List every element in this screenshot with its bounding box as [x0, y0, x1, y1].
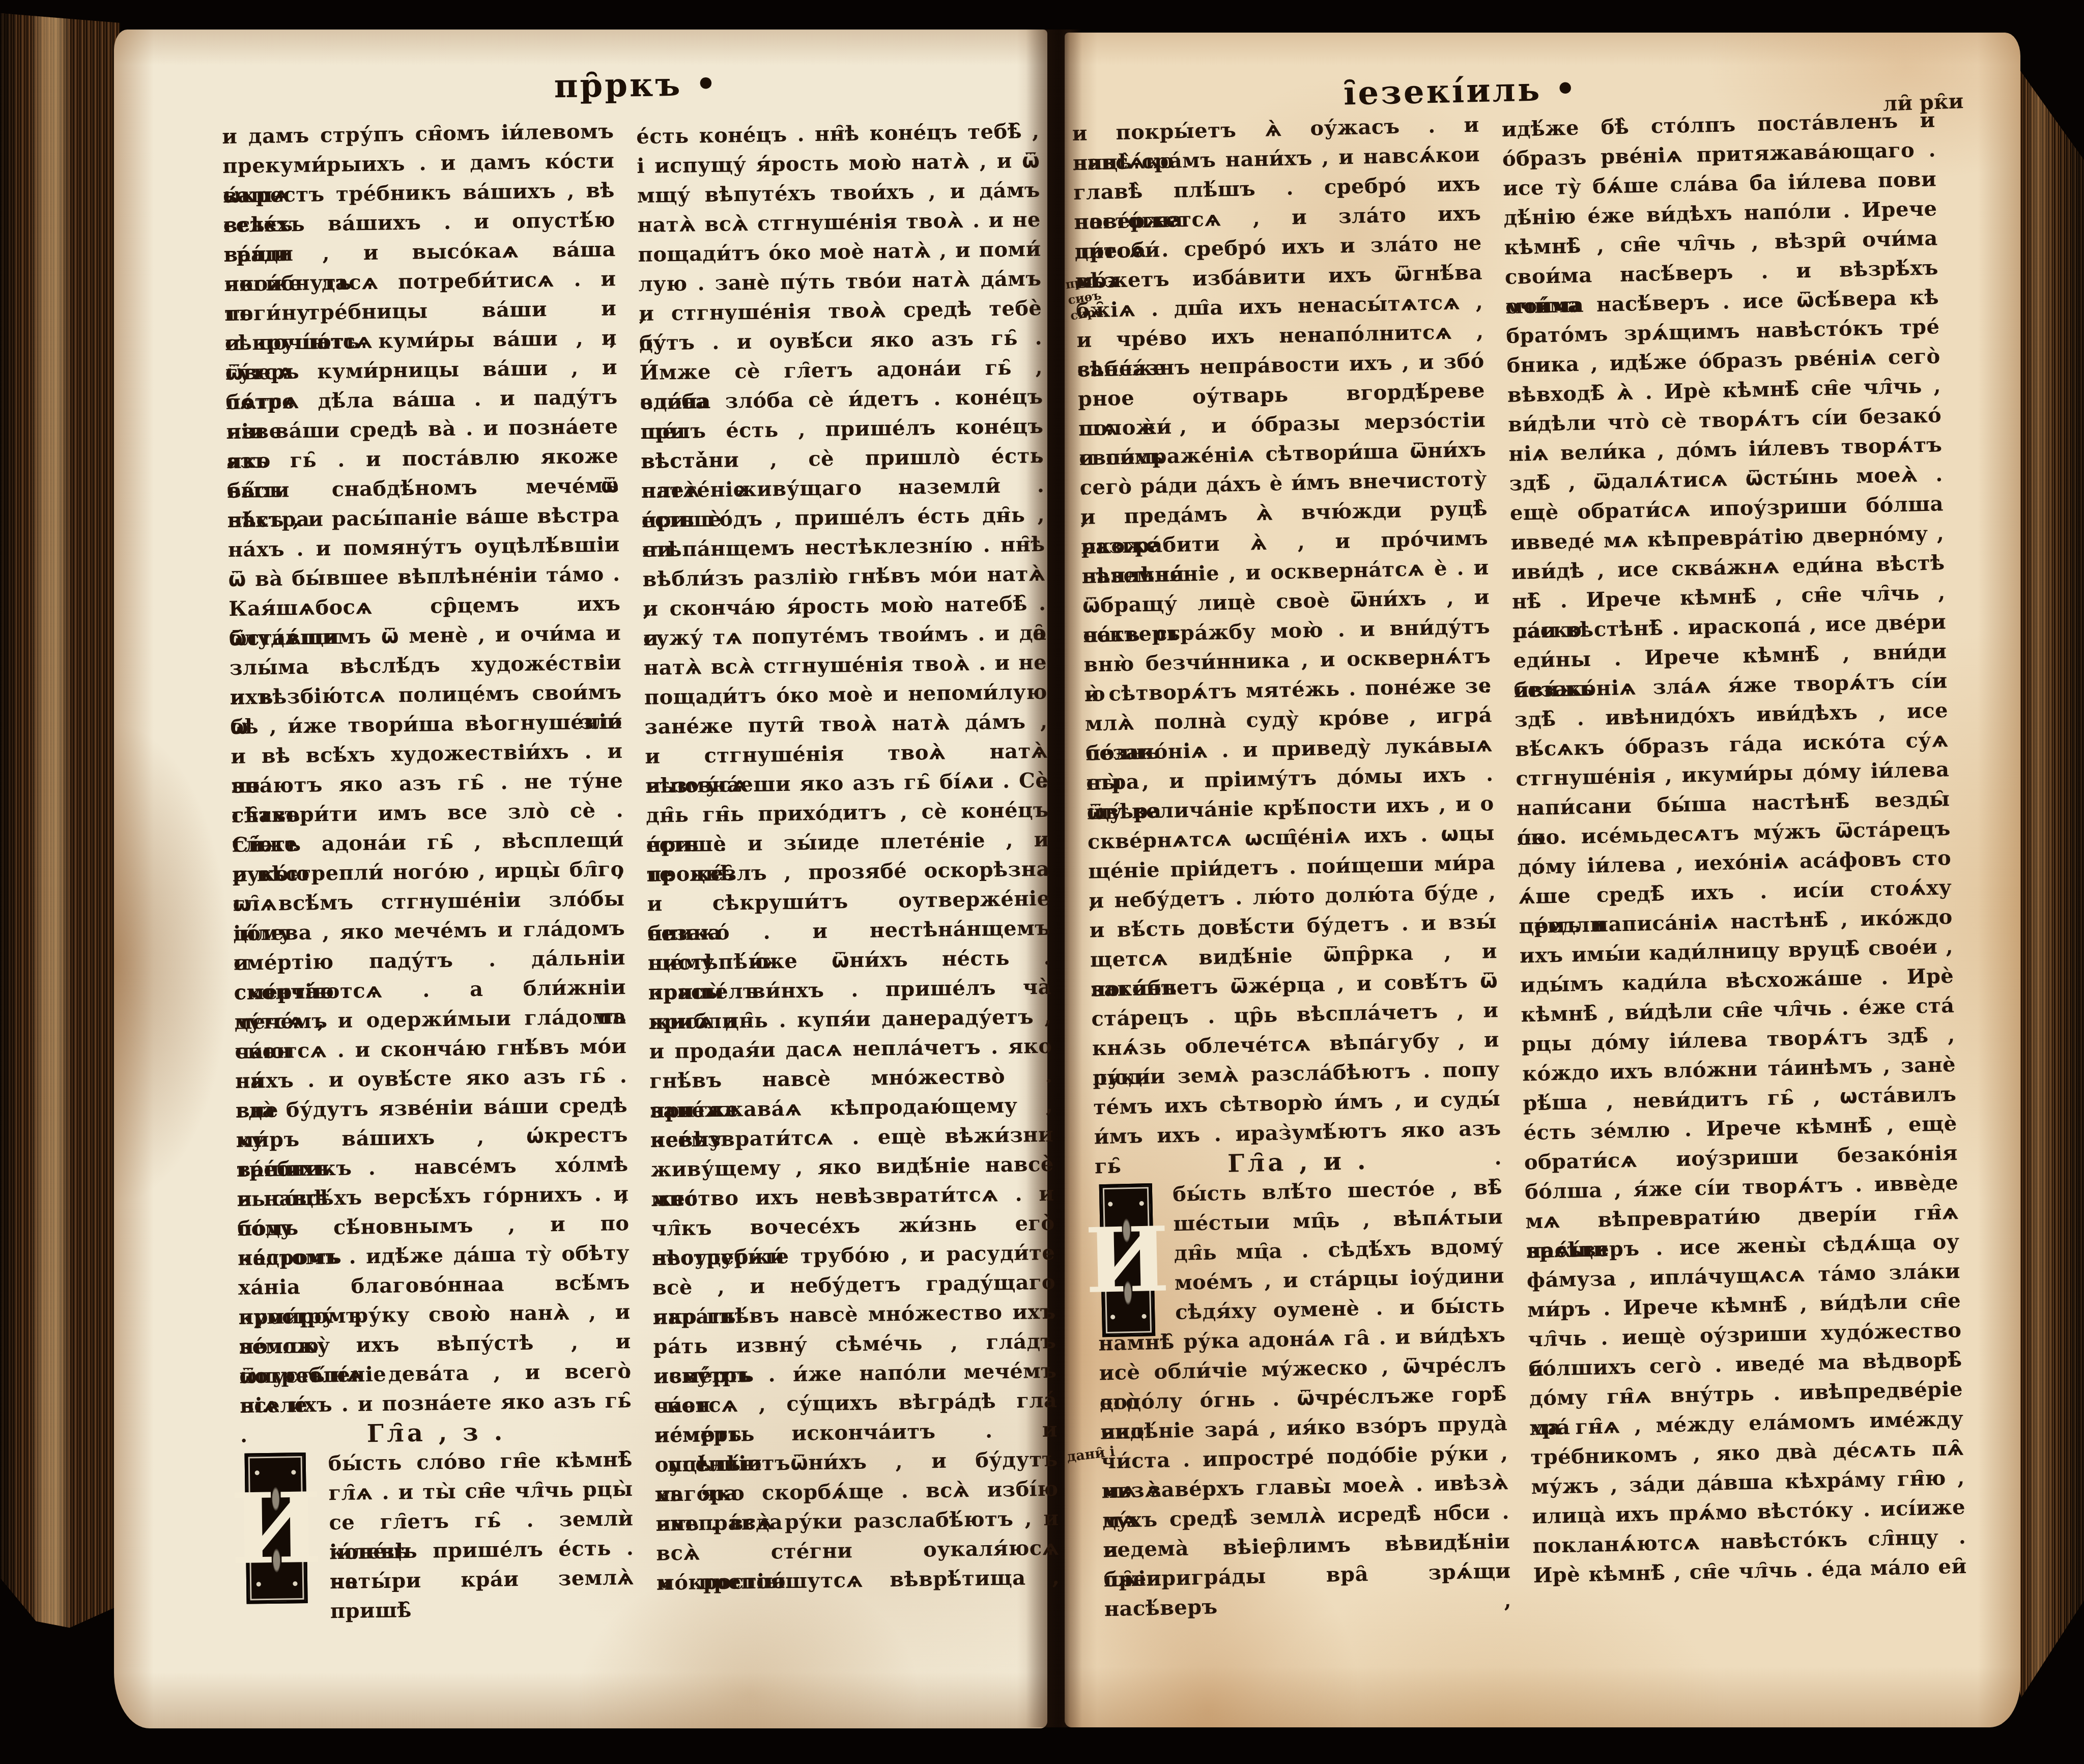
text-line: ва́шихъ . навсе́мъ хо́лмѣ высо́цѣ , [236, 1150, 629, 1185]
running-head-right: і̑езекі́иль • [1343, 70, 1567, 112]
text-line: ча́ютсѧ . и сконча́ю гнѣ́въ мо́и на [235, 1032, 627, 1067]
text-line: бо́мъ сѣ́новнымъ , и по ке́дромъ [237, 1209, 630, 1244]
chapter-opening-block: Ибы́сть влѣ́то шесто́е , вѣ̑ше́стыи мц̑ь… [1095, 1173, 1505, 1329]
book-photo: пр̑ркъ • і̑езекі́иль • ли̑ рк̑и при сиѳъ… [0, 0, 2084, 1764]
text-line: бѧ́тсѧ дѣ́ла ва́ша . и паду́тъ язве [225, 382, 618, 417]
running-head-left: пр̑ркъ • [529, 65, 743, 106]
text-column-right-page-1: и покры́етъ ѧ̀ оу́жасъ . и навсѧ́колицѣ̀… [1072, 110, 1511, 1595]
text-line: ми́ръ ва́шихъ , ѡ́крестъ тре́бникъ [236, 1120, 629, 1155]
text-line: и вѣзбію́тсѧ полице́мъ свои́мъ ѡ зло́ [230, 677, 622, 713]
left-fore-edge-page-stack [0, 13, 120, 1634]
text-line: прекуми́рыихъ . и дамъ ко́сти вашѧ [222, 146, 615, 181]
ornamental-initial-letter: И [245, 1453, 308, 1604]
ornamental-initial-letter: И [1099, 1183, 1156, 1337]
chapter-heading: Гл̑а , з . [240, 1415, 633, 1450]
text-line: сѣтвори́ти имъ все зло̀ сѐ . Си́же [232, 795, 624, 831]
text-column-right-page-2: идѣ́же бѣ̀ сто́лпъ поста́вленъ ио́бразъ … [1501, 105, 1967, 1590]
text-line: ѿста́вшимъ ѿ менѐ , и очи́ма и [229, 618, 621, 653]
text-line: ѿ ва̀ бы́вшее вѣплѣне́ніи та́мо . [228, 559, 620, 594]
text-line: сме́ртію паду́тъ . да́льніи сме́ртію [234, 943, 626, 978]
text-line: селе́хъ ва́шихъ . и опустѣ́ю гра́ди [223, 205, 615, 240]
text-line: на́хъ , и расы́паніе ва́ше вѣстра [227, 500, 620, 535]
text-line: зе́млю ихъ вѣпу́стѣ , и потребле́ніе . [239, 1327, 631, 1362]
text-line: ѿпусты́нѧ дева́та , и всего̀ вселе́ [239, 1356, 632, 1391]
text-line: ду́тсѧ , и одержи́мыи гла́домъ скон [234, 1002, 626, 1037]
text-line: ва́съ снабдѣ́номъ мече́мъ вѣстра [227, 471, 619, 506]
text-line: на́хъ . и помяну́тъ оуцѣлѣ́вшіи [227, 530, 620, 565]
text-line: и дамъ стру́пъ сн̑омъ іи́левомъ [222, 117, 614, 152]
text-line: ча́стомъ . идѣ́же да́ша ту̀ обѣту [238, 1238, 630, 1273]
text-column-left-page-2: е́сть коне́цъ . нн̑ѣ коне́цъ тебѣ̑ ,і ис… [636, 117, 1060, 1598]
text-line: простру́ ру́ку свою̀ нанѧ̀ , и положу̀ [238, 1297, 631, 1332]
text-line: и навсѣ́хъ версѣ́хъ го́рнихъ . и поду [237, 1179, 629, 1214]
text-line: и вѣстрепли́ ного́ю , ирцы̀ бл̑го гл̑ѧ [232, 855, 624, 890]
text-line: и препоя́шутсѧ вѣврѣ́тища , [656, 1563, 1060, 1598]
text-line: гу́тсѧ куми́рницы ва́ши , и потре [225, 353, 617, 388]
text-line: зна́ютъ яко азъ гь̑ . не ту́не гл̑ахъ [231, 766, 623, 801]
text-line: якоже дасѧ потреби́тисѧ . и поги́ну [224, 264, 616, 299]
chapter-opening-block: Ибы́сть сло́во гн̑е кѣмнѣ̑гл̑ѧ . и ты̀ с… [240, 1445, 634, 1598]
text-line: и почі́ютъ куми́ры ва́ши , и ѿверь [225, 323, 617, 358]
text-line: злы́ма вѣслѣ́дъ художе́ствіи ихъ [230, 648, 622, 683]
text-column-left-page-1: и дамъ стру́пъ сн̑омъ іи́левомъпрекуми́р… [222, 117, 634, 1598]
text-line: ѡ́крестъ тре́бникъ ва́шихъ , вѣ всѣхъ [223, 176, 615, 211]
text-line: ѡ всѣ́мъ стгнуше́ніи зло́бы до́му [233, 884, 625, 919]
text-line: тъ тре́бницы ва́ши и сѣкруша́тсѧ , [224, 294, 617, 329]
text-line: ни́хъ . и оувѣ́сте яко азъ гь̑ . вне [235, 1061, 627, 1096]
text-line: азъ гь̑ . и поста́влю якоже бы́ти ѿ [226, 441, 619, 476]
text-line: и вѣ всѣ́хъ художествіи́хъ . и по [231, 736, 623, 772]
text-line: гл̑етъ адона́и гь̑ , вѣсплещи́ руко́ю , [232, 825, 624, 860]
text-line: сконча́ютсѧ . а бли́жніи мече́мъ па [234, 973, 626, 1008]
text-line: ха́ніа благово́ннаа всѣ́мъ куми́ромъ . [238, 1268, 631, 1303]
text-line: ва́ши , и высо́каѧ ва́ша поги́бнутъ [223, 235, 616, 270]
text-line: Кая́шѧбосѧ ср̑цемъ ихъ блудѧ́щи [229, 589, 621, 624]
text-line: ніи ва́ши средѣ ва̀ . и позна́ете яко [226, 412, 618, 447]
text-line: бѣ , и́же твори́ша вѣогнуше́ніи [230, 707, 622, 742]
text-line: ніѧ ихъ . и позна́ете яко азъ гь̑ . [240, 1386, 632, 1421]
right-fore-edge-page-stack [2011, 35, 2084, 1709]
text-line: гда̀ бу́дутъ язве́ніи ва́ши средѣ ку [236, 1091, 628, 1126]
text-line: іи́лева , яко мече́мъ и гла́домъ и [233, 914, 625, 949]
